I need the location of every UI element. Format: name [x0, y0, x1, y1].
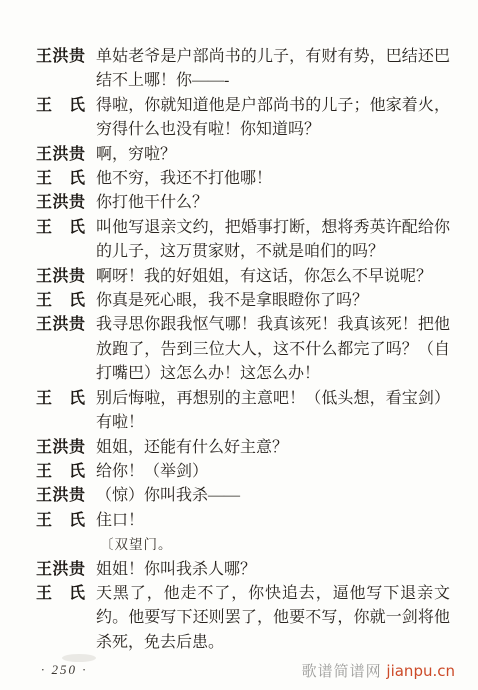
- dialogue-entry: 王洪贵 你打他干什么？: [36, 191, 450, 215]
- dialogue-entry: 王 氏 天黑了，他走不了，你快追去，逼他写下退亲文约。他要写下还则罢了，他要不写…: [36, 582, 450, 655]
- dialogue-entry: 王 氏 叫他写退亲文约，把婚事打断，想将秀英许配给你的儿子，这万贯家财，不就是咱…: [36, 216, 450, 265]
- speaker-name: 王洪贵: [36, 484, 86, 508]
- dialogue-text: （惊）你叫我杀——: [96, 484, 450, 508]
- stage-direction: 〔双望门。: [100, 537, 173, 552]
- dialogue-text: 啊呀！我的好姐姐，有这话，你怎么不早说呢？: [96, 265, 450, 289]
- speaker-name: 王洪贵: [36, 143, 86, 167]
- dialogue-entry: 王洪贵 姐姐，还能有什么好主意？: [36, 436, 450, 460]
- dialogue-text: 叫他写退亲文约，把婚事打断，想将秀英许配给你的儿子，这万贯家财，不就是咱们的吗？: [96, 216, 450, 265]
- dialogue-entry: 王 氏 住口！: [36, 509, 450, 533]
- page-number: · 250 ·: [41, 662, 88, 678]
- dialogue-entry: 王 氏 他不穷，我还不打他哪！: [36, 167, 450, 191]
- dialogue-text: 别后悔啦，再想别的主意吧！（低头想，看宝剑）有啦！: [96, 387, 450, 436]
- speaker-name: 王 氏: [36, 289, 86, 313]
- dialogue-entry: 王洪贵 （惊）你叫我杀——: [36, 484, 450, 508]
- book-page: 王洪贵 单姑老爷是户部尚书的儿子，有财有势，巴结还巴结不上哪！你——- 王 氏 …: [0, 0, 478, 690]
- speaker-name: 王 氏: [36, 216, 86, 240]
- dialogue-text: 姐姐！你叫我杀人哪？: [96, 558, 450, 582]
- dialogue-text: 啊，穷啦？: [96, 143, 450, 167]
- speaker-name: 王洪贵: [36, 45, 86, 69]
- speaker-name: 王 氏: [36, 167, 86, 191]
- dialogue-entry: 王 氏 得啦，你就知道他是户部尚书的儿子；他家着火，穷得什么也没有啦！你知道吗？: [36, 94, 450, 143]
- dialogue-text: 单姑老爷是户部尚书的儿子，有财有势，巴结还巴结不上哪！你——-: [96, 45, 450, 94]
- dialogue-text: 姐姐，还能有什么好主意？: [96, 436, 450, 460]
- dialogue-text: 你真是死心眼，我不是拿眼瞪你了吗？: [96, 289, 450, 313]
- dialogue-entry: 王洪贵 单姑老爷是户部尚书的儿子，有财有势，巴结还巴结不上哪！你——-: [36, 45, 450, 94]
- dialogue-text: 他不穷，我还不打他哪！: [96, 167, 450, 191]
- speaker-name: 王 氏: [36, 387, 86, 411]
- dialogue-entry: 王 氏 给你！（举剑）: [36, 460, 450, 484]
- dialogue-entry: 王 氏 别后悔啦，再想别的主意吧！（低头想，看宝剑）有啦！: [36, 387, 450, 436]
- dialogue-text: 给你！（举剑）: [96, 460, 450, 484]
- dialogue-entry: 王 氏 你真是死心眼，我不是拿眼瞪你了吗？: [36, 289, 450, 313]
- speaker-name: 王 氏: [36, 509, 86, 533]
- dialogue-entry: 王洪贵 啊呀！我的好姐姐，有这话，你怎么不早说呢？: [36, 265, 450, 289]
- script-text-block: 王洪贵 单姑老爷是户部尚书的儿子，有财有势，巴结还巴结不上哪！你——- 王 氏 …: [36, 45, 450, 655]
- dialogue-entry: 王洪贵 啊，穷啦？: [36, 143, 450, 167]
- dialogue-entry: 王洪贵 我寻思你跟我怄气哪！我真该死！我真该死！把他放跑了，告到三位大人，这不什…: [36, 313, 450, 386]
- speaker-name: 王洪贵: [36, 558, 86, 582]
- page-footer: · 250 · 歌谱简谱网 jianpu.cn: [0, 658, 478, 684]
- dialogue-text: 我寻思你跟我怄气哪！我真该死！我真该死！把他放跑了，告到三位大人，这不什么都完了…: [96, 313, 450, 386]
- speaker-name: 王洪贵: [36, 313, 86, 337]
- speaker-name: 王 氏: [36, 460, 86, 484]
- watermark-site-name: 歌谱简谱网: [302, 662, 382, 680]
- watermark: 歌谱简谱网 jianpu.cn: [302, 660, 455, 681]
- speaker-name: 王 氏: [36, 582, 86, 606]
- speaker-name: 王 氏: [36, 94, 86, 118]
- print-smudge: [62, 654, 96, 662]
- dialogue-text: 你打他干什么？: [96, 191, 450, 215]
- stage-direction-row: 〔双望门。: [36, 533, 450, 557]
- speaker-name: 王洪贵: [36, 191, 86, 215]
- dialogue-text: 天黑了，他走不了，你快追去，逼他写下退亲文约。他要写下还则罢了，他要不写，你就一…: [96, 582, 450, 655]
- speaker-name: 王洪贵: [36, 436, 86, 460]
- dialogue-text: 得啦，你就知道他是户部尚书的儿子；他家着火，穷得什么也没有啦！你知道吗？: [96, 94, 450, 143]
- watermark-site-url: jianpu.cn: [386, 662, 455, 680]
- dialogue-text: 住口！: [96, 509, 450, 533]
- speaker-name: 王洪贵: [36, 265, 86, 289]
- dialogue-entry: 王洪贵 姐姐！你叫我杀人哪？: [36, 558, 450, 582]
